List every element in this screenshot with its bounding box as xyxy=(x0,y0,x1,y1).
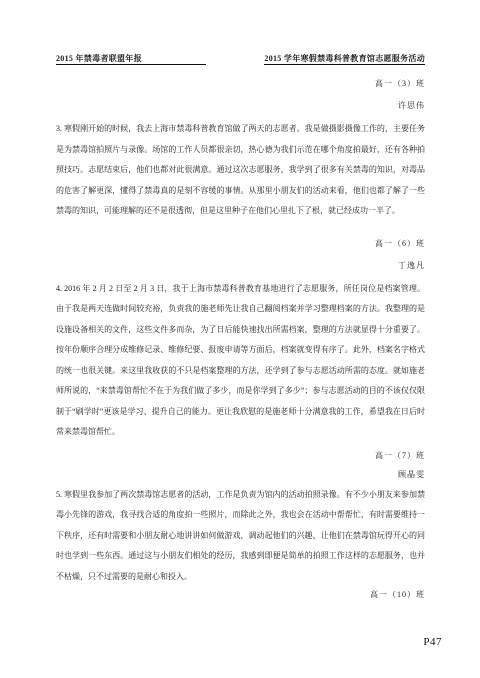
essay-paragraph: 5. 寒假里我参加了两次禁毒馆志愿者的活动，工作是负责为馆内的活动拍照录像。有不… xyxy=(56,485,425,588)
class-label: 高一（10）班 xyxy=(56,585,425,606)
entry-byline: 高一（10）班 xyxy=(56,585,425,606)
author-name: 丁逸凡 xyxy=(56,255,425,277)
author-name: 许思伟 xyxy=(56,95,425,117)
class-label: 高一（7）班 xyxy=(56,446,425,466)
class-label: 高一（3）班 xyxy=(56,73,425,95)
report-entry: 高一（3）班 许思伟 3. 寒假刚开始的时候，我去上海市禁毒科普教育馆做了两天的… xyxy=(56,73,425,222)
report-entry: 高一（7）班 顾晶雯 5. 寒假里我参加了两次禁毒馆志愿者的活动，工作是负责为馆… xyxy=(56,446,425,588)
report-entry: 高一（6）班 丁逸凡 4. 2016 年 2 月 2 日至 2 月 3 日，我于… xyxy=(56,233,425,443)
author-name: 顾晶雯 xyxy=(56,466,425,483)
essay-paragraph: 4. 2016 年 2 月 2 日至 2 月 3 日，我于上海市禁毒科普教育基地… xyxy=(56,279,425,443)
entry-byline: 高一（6）班 丁逸凡 xyxy=(56,233,425,277)
class-label: 高一（6）班 xyxy=(56,233,425,255)
entry-byline: 高一（7）班 顾晶雯 xyxy=(56,446,425,483)
header-right-title: 2015 学年寒假禁毒科普教育馆志愿服务活动 xyxy=(264,53,425,65)
page-number: P47 xyxy=(423,636,442,648)
document-page: 2015 年禁毒者联盟年报 2015 学年寒假禁毒科普教育馆志愿服务活动 高一（… xyxy=(0,0,480,678)
report-entry: 高一（10）班 xyxy=(56,585,425,606)
report-header: 2015 年禁毒者联盟年报 2015 学年寒假禁毒科普教育馆志愿服务活动 xyxy=(56,53,425,65)
entry-byline: 高一（3）班 许思伟 xyxy=(56,73,425,117)
header-left-title: 2015 年禁毒者联盟年报 xyxy=(56,53,206,65)
essay-paragraph: 3. 寒假刚开始的时候，我去上海市禁毒科普教育馆做了两天的志愿者。我是做摄影摄像… xyxy=(56,119,425,222)
